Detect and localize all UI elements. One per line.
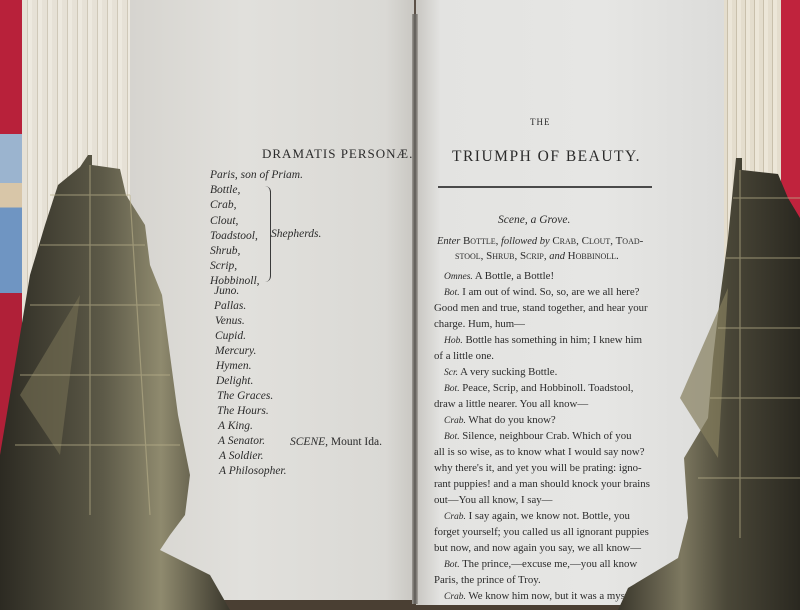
stage-name: Hobbinoll.: [568, 250, 619, 262]
dialogue-line: Bot. Silence, neighbour Crab. Which of y…: [444, 428, 632, 445]
stage-text: and: [547, 251, 568, 262]
dialogue-text: forget yourself; you called us all ignor…: [434, 526, 649, 538]
stage-direction-line-1: Enter Bottle, followed by Crab, Clout, T…: [437, 235, 643, 247]
dialogue-line: Good men and true, stand together, and h…: [434, 300, 648, 316]
dialogue-line: Bot. I am out of wind. So, so, are we al…: [444, 284, 639, 301]
dialogue-text: Bottle has something in him; I knew him: [463, 334, 642, 346]
dramatis-personae-heading: DRAMATIS PERSONÆ.: [262, 146, 413, 162]
ship-icon: [0, 155, 235, 610]
speaker: Bot.: [444, 288, 460, 298]
shepherds-brace: [262, 186, 271, 282]
dialogue-line: Hob. Bottle has something in him; I knew…: [444, 332, 642, 349]
dialogue-line: Crab. We know him now, but it was a myst…: [444, 588, 642, 605]
dialogue-line: charge. Hum, hum—: [434, 316, 525, 332]
dialogue-text: I am out of wind. So, so, are we all her…: [460, 286, 640, 298]
stage-direction-line-2: stool, Shrub, Scrip, and Hobbinoll.: [455, 250, 619, 262]
book-gutter: [412, 14, 418, 604]
dialogue-line: Bot. Peace, Scrip, and Hobbinoll. Toadst…: [444, 380, 633, 397]
scene-label: SCENE,: [290, 436, 328, 448]
dialogue-line: Omnes. A Bottle, a Bottle!: [444, 268, 554, 285]
dialogue-text: The prince,—excuse me,—you all know: [460, 558, 638, 570]
pre-title: THE: [530, 117, 551, 127]
speaker: Hob.: [444, 336, 463, 346]
dialogue-text: draw a little nearer. You all know—: [434, 398, 588, 410]
play-title: TRIUMPH OF BEAUTY.: [452, 148, 641, 166]
dialogue-line: forget yourself; you called us all ignor…: [434, 524, 649, 540]
dialogue-line: Scr. A very sucking Bottle.: [444, 364, 557, 381]
speaker: Crab.: [444, 512, 466, 522]
speaker: Crab.: [444, 416, 466, 426]
speaker: Bot.: [444, 560, 460, 570]
speaker: Crab.: [444, 592, 466, 602]
stage-names: stool, Shrub, Scrip,: [455, 250, 547, 262]
ship-icon: [618, 158, 800, 610]
dialogue-text: We know him now, but it was a mystery: [466, 590, 642, 602]
speaker: Omnes.: [444, 272, 473, 282]
speaker: Bot.: [444, 432, 460, 442]
ship-bookend-right: [618, 158, 800, 610]
ship-bookend-left: [0, 155, 235, 610]
dialogue-text: but now, and now again you say, we all k…: [434, 542, 641, 554]
dialogue-line: Crab. I say again, we know not. Bottle, …: [444, 508, 630, 525]
dialogue-text: A Bottle, a Bottle!: [473, 270, 554, 282]
speaker: Bot.: [444, 384, 460, 394]
dialogue-text: Silence, neighbour Crab. Which of you: [460, 430, 632, 442]
dialogue-line: of a little one.: [434, 348, 494, 364]
dialogue-text: charge. Hum, hum—: [434, 318, 525, 330]
stage-name: Bottle,: [463, 235, 498, 247]
scene-place: Mount Ida.: [328, 436, 382, 448]
dialogue-text: all is so wise, as to know what I would …: [434, 446, 645, 458]
shepherds-label: Shepherds.: [271, 228, 321, 240]
dialogue-line: all is so wise, as to know what I would …: [434, 444, 645, 460]
dialogue-line: Paris, the prince of Troy.: [434, 572, 541, 588]
dialogue-text: I say again, we know not. Bottle, you: [466, 510, 630, 522]
dialogue-line: but now, and now again you say, we all k…: [434, 540, 641, 556]
dialogue-text: Good men and true, stand together, and h…: [434, 302, 648, 314]
dialogue-text: why there's it, and yet you will be prat…: [434, 462, 642, 474]
speaker: Scr.: [444, 368, 458, 378]
dialogue-line: Bot. The prince,—excuse me,—you all know: [444, 556, 637, 573]
stage-text: Enter: [437, 236, 463, 247]
photo-scene: DRAMATIS PERSONÆ. Paris, son of Priam. B…: [0, 0, 800, 610]
dialogue-text: Paris, the prince of Troy.: [434, 574, 541, 586]
dialogue-text: A very sucking Bottle.: [458, 366, 557, 378]
dialogue-text: out—You all know, I say—: [434, 494, 552, 506]
scene-location: SCENE, Mount Ida.: [290, 436, 382, 448]
dialogue-text: Peace, Scrip, and Hobbinoll. Toadstool,: [460, 382, 634, 394]
dialogue-line: out—You all know, I say—: [434, 492, 552, 508]
scene-heading: Scene, a Grove.: [498, 214, 570, 226]
dialogue-line: draw a little nearer. You all know—: [434, 396, 588, 412]
dialogue-text: of a little one.: [434, 350, 494, 362]
dialogue-text: What do you know?: [466, 414, 556, 426]
dialogue-line: Crab. What do you know?: [444, 412, 556, 429]
dialogue-line: why there's it, and yet you will be prat…: [434, 460, 642, 476]
stage-text: followed by: [498, 236, 552, 247]
